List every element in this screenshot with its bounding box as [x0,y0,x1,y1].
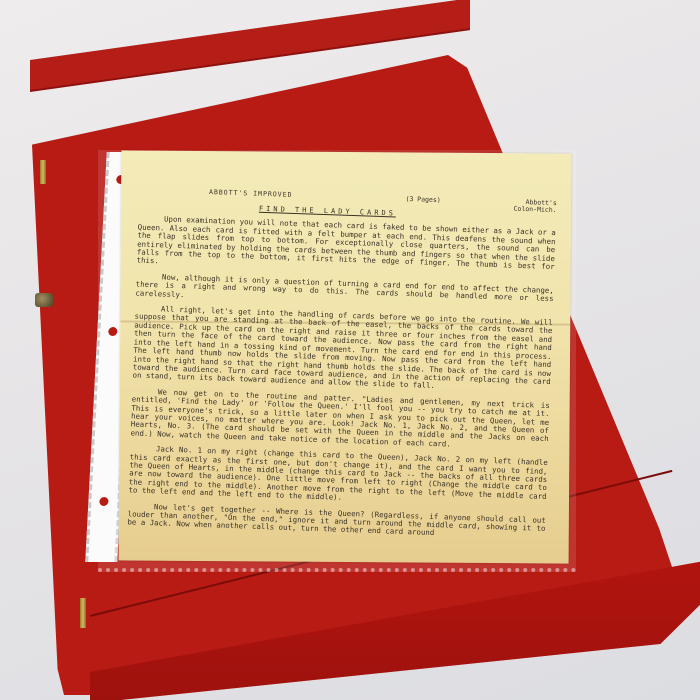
brass-hinge-icon [40,160,46,184]
header-right: Abbott's Colon-Mich. [513,199,557,214]
document-text: ABBOTT'S IMPROVED (3 Pages) Abbott's Col… [127,186,557,549]
paragraph: Now let's get together -- Where is the Q… [127,502,546,542]
metal-clasp-icon [35,293,53,307]
punch-hole-icon [99,497,108,506]
header-page-count: (3 Pages) [405,195,441,210]
paragraph: All right, let's get into the handling o… [132,305,552,395]
paragraph: Upon examination you will note that each… [136,215,556,280]
header-left: ABBOTT'S IMPROVED [209,188,293,205]
paragraph: Jack No. 1 on my right (change this card… [128,445,548,510]
brass-hinge-icon [80,598,86,628]
photo-scene: ABBOTT'S IMPROVED (3 Pages) Abbott's Col… [0,0,700,700]
typed-document-page: ABBOTT'S IMPROVED (3 Pages) Abbott's Col… [119,150,572,563]
punch-hole-icon [108,327,117,336]
paragraph: We now get on to the routine and patter.… [130,387,550,452]
